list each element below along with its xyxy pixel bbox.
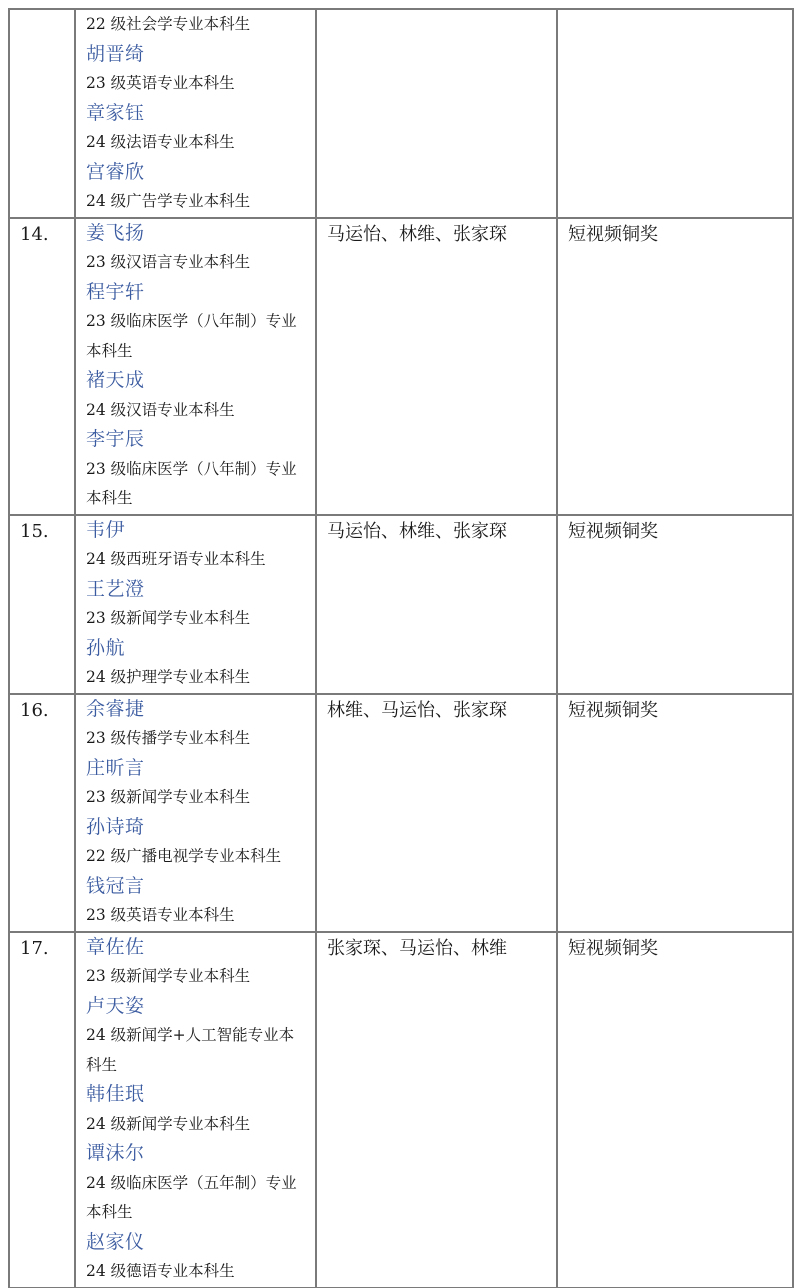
member-name: 宫睿欣 bbox=[86, 158, 309, 188]
member-desc: 24 级护理学专业本科生 bbox=[86, 663, 309, 693]
member-desc: 24 级德语专业本科生 bbox=[86, 1257, 309, 1287]
member-name: 孙诗琦 bbox=[86, 813, 309, 843]
advisors: 张家琛、马运怡、林维 bbox=[316, 932, 557, 1288]
member-name: 孙航 bbox=[86, 634, 309, 664]
member-name: 章家钰 bbox=[86, 99, 309, 129]
award-table: 22 级社会学专业本科生 胡晋绮 23 级英语专业本科生 章家钰 24 级法语专… bbox=[8, 8, 794, 1288]
award: 短视频铜奖 bbox=[557, 515, 793, 694]
member-name: 章佐佐 bbox=[86, 933, 309, 963]
member-desc: 22 级广播电视学专业本科生 bbox=[86, 842, 309, 872]
member-name: 谭沫尔 bbox=[86, 1139, 309, 1169]
table-row: 16. 余睿捷 23 级传播学专业本科生 庄昕言 23 级新闻学专业本科生 孙诗… bbox=[9, 694, 793, 932]
advisors: 马运怡、林维、张家琛 bbox=[316, 218, 557, 515]
row-index: 16. bbox=[9, 694, 75, 932]
member-name: 卢天姿 bbox=[86, 992, 309, 1022]
award: 短视频铜奖 bbox=[557, 218, 793, 515]
member-name: 李宇辰 bbox=[86, 425, 309, 455]
award: 短视频铜奖 bbox=[557, 932, 793, 1288]
member-desc: 23 级传播学专业本科生 bbox=[86, 724, 309, 754]
table-row: 22 级社会学专业本科生 胡晋绮 23 级英语专业本科生 章家钰 24 级法语专… bbox=[9, 9, 793, 218]
table-row: 17. 章佐佐 23 级新闻学专业本科生 卢天姿 24 级新闻学+人工智能专业本… bbox=[9, 932, 793, 1288]
row-index: 17. bbox=[9, 932, 75, 1288]
member-name: 庄昕言 bbox=[86, 754, 309, 784]
member-desc: 24 级汉语专业本科生 bbox=[86, 396, 309, 426]
member-desc: 22 级社会学专业本科生 bbox=[86, 10, 309, 40]
member-desc: 23 级临床医学（八年制）专业本科生 bbox=[86, 307, 309, 366]
team-members: 韦伊 24 级西班牙语专业本科生 王艺澄 23 级新闻学专业本科生 孙航 24 … bbox=[75, 515, 316, 694]
member-desc: 23 级汉语言专业本科生 bbox=[86, 248, 309, 278]
member-name: 余睿捷 bbox=[86, 695, 309, 725]
member-name: 王艺澄 bbox=[86, 575, 309, 605]
table-row: 14. 姜飞扬 23 级汉语言专业本科生 程宇轩 23 级临床医学（八年制）专业… bbox=[9, 218, 793, 515]
row-index: 14. bbox=[9, 218, 75, 515]
team-members: 姜飞扬 23 级汉语言专业本科生 程宇轩 23 级临床医学（八年制）专业本科生 … bbox=[75, 218, 316, 515]
member-desc: 23 级临床医学（八年制）专业本科生 bbox=[86, 455, 309, 514]
member-name: 钱冠言 bbox=[86, 872, 309, 902]
advisors: 马运怡、林维、张家琛 bbox=[316, 515, 557, 694]
member-name: 胡晋绮 bbox=[86, 40, 309, 70]
member-name: 程宇轩 bbox=[86, 278, 309, 308]
member-desc: 24 级法语专业本科生 bbox=[86, 128, 309, 158]
advisors bbox=[316, 9, 557, 218]
member-desc: 24 级临床医学（五年制）专业本科生 bbox=[86, 1169, 309, 1228]
row-index bbox=[9, 9, 75, 218]
member-desc: 23 级新闻学专业本科生 bbox=[86, 962, 309, 992]
award bbox=[557, 9, 793, 218]
team-members: 章佐佐 23 级新闻学专业本科生 卢天姿 24 级新闻学+人工智能专业本科生 韩… bbox=[75, 932, 316, 1288]
member-desc: 23 级英语专业本科生 bbox=[86, 901, 309, 931]
member-desc: 23 级新闻学专业本科生 bbox=[86, 783, 309, 813]
member-desc: 24 级新闻学+人工智能专业本科生 bbox=[86, 1021, 309, 1080]
member-desc: 24 级西班牙语专业本科生 bbox=[86, 545, 309, 575]
member-desc: 23 级英语专业本科生 bbox=[86, 69, 309, 99]
member-desc: 24 级新闻学专业本科生 bbox=[86, 1110, 309, 1140]
member-name: 韩佳珉 bbox=[86, 1080, 309, 1110]
award: 短视频铜奖 bbox=[557, 694, 793, 932]
member-name: 姜飞扬 bbox=[86, 219, 309, 249]
row-index: 15. bbox=[9, 515, 75, 694]
table-row: 15. 韦伊 24 级西班牙语专业本科生 王艺澄 23 级新闻学专业本科生 孙航… bbox=[9, 515, 793, 694]
member-name: 韦伊 bbox=[86, 516, 309, 546]
member-name: 赵家仪 bbox=[86, 1228, 309, 1258]
advisors: 林维、马运怡、张家琛 bbox=[316, 694, 557, 932]
member-name: 褚天成 bbox=[86, 366, 309, 396]
member-desc: 23 级新闻学专业本科生 bbox=[86, 604, 309, 634]
member-desc: 24 级广告学专业本科生 bbox=[86, 187, 309, 217]
team-members: 22 级社会学专业本科生 胡晋绮 23 级英语专业本科生 章家钰 24 级法语专… bbox=[75, 9, 316, 218]
team-members: 余睿捷 23 级传播学专业本科生 庄昕言 23 级新闻学专业本科生 孙诗琦 22… bbox=[75, 694, 316, 932]
